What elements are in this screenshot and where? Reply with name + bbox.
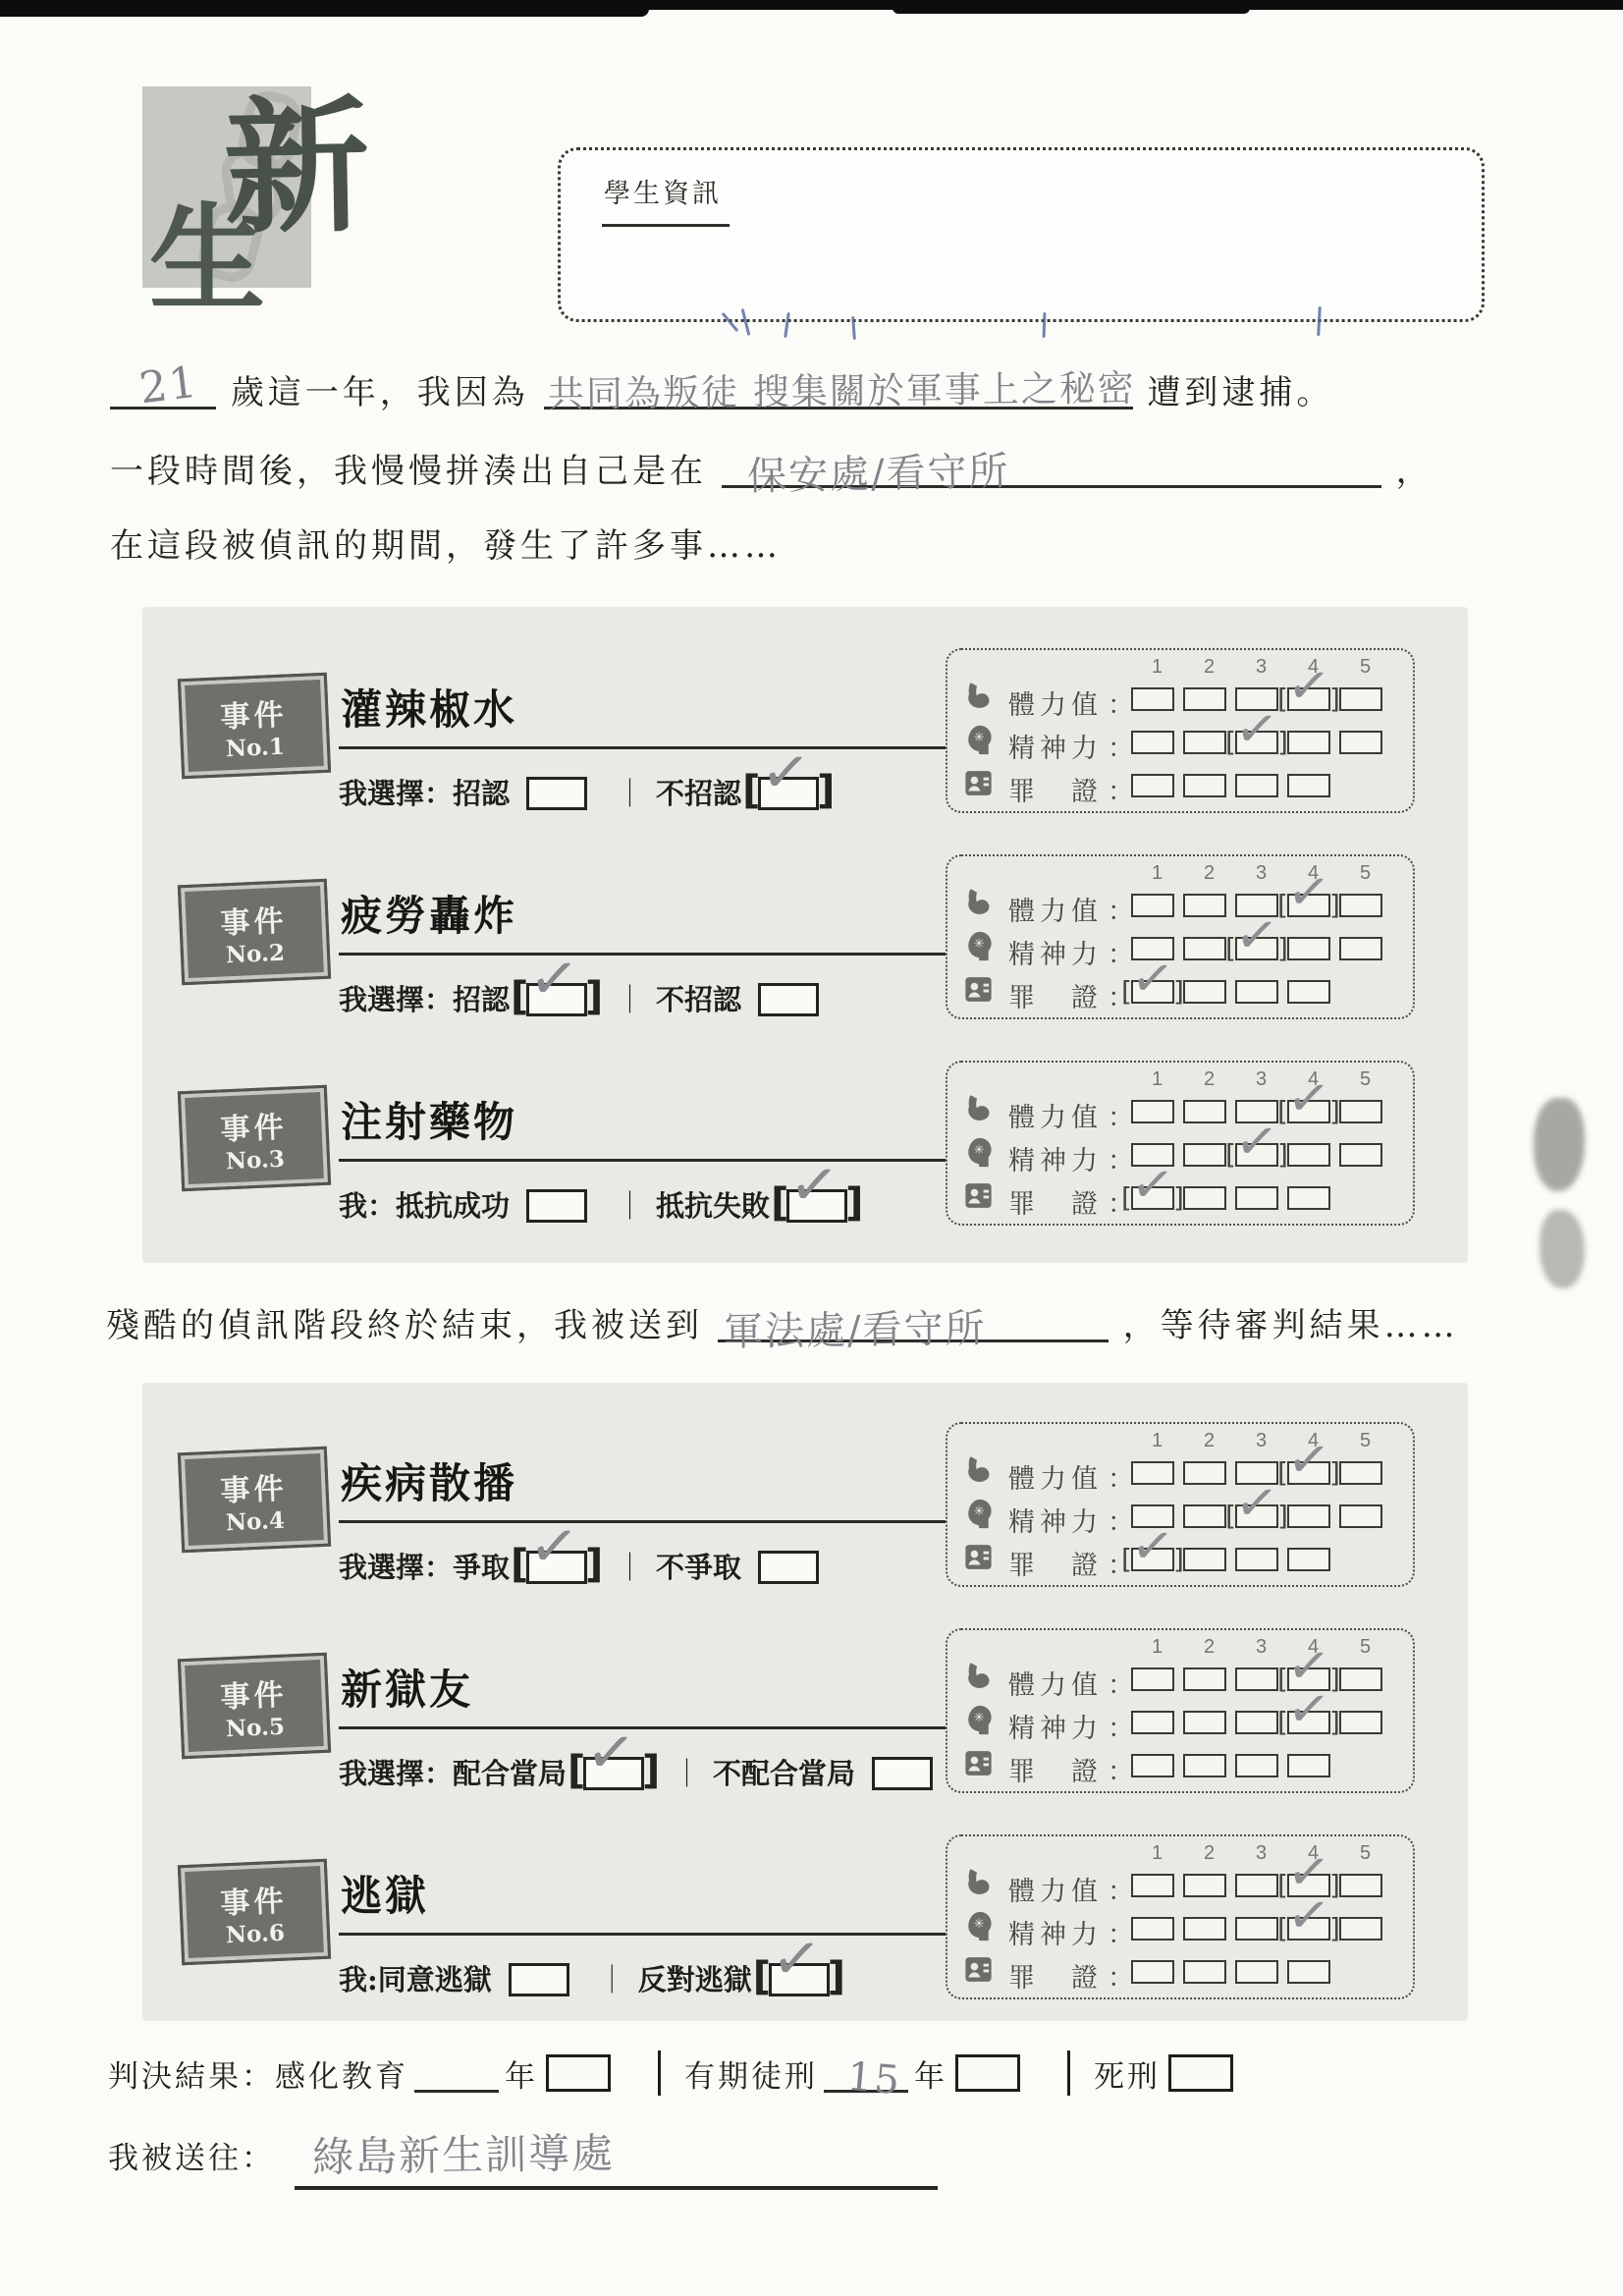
scale-number: 3 <box>1235 1842 1287 1865</box>
event-stamp-label: 事件 <box>219 896 288 942</box>
event-stats-panel: 12345 體力值：[]✓[]✓[]✓[]✓[]✓✳精神力：[]✓[]✓[]✓[… <box>946 854 1415 1019</box>
id-card-icon <box>961 1540 996 1574</box>
stat-checkbox-2[interactable]: []✓ <box>1183 1548 1235 1571</box>
prison-checkbox[interactable] <box>955 2054 1020 2092</box>
scale-number: 3 <box>1235 1430 1287 1452</box>
choice-checkbox-2[interactable]: [ ] ✓ <box>745 774 832 811</box>
stats-scale-row: 12345 <box>1131 1068 1391 1091</box>
stat-checkbox-1[interactable]: []✓ <box>1131 894 1183 917</box>
checkbox <box>1183 1100 1226 1123</box>
stat-checkbox-3[interactable]: []✓ <box>1235 1754 1287 1777</box>
stat-checkbox-1[interactable]: []✓ <box>1131 1461 1183 1485</box>
choice-option-1: 抵抗成功 <box>396 1184 510 1225</box>
stat-checkbox-4[interactable]: []✓ <box>1287 1548 1339 1571</box>
choice-checkbox-2[interactable]: [ ] ✓ <box>774 1186 860 1224</box>
stat-checkbox-2[interactable]: []✓ <box>1183 1100 1235 1123</box>
stat-checkbox-4[interactable]: []✓ <box>1287 894 1339 917</box>
sent-to-blank[interactable]: 綠島新生訓導處 <box>295 2129 938 2190</box>
page: 新 生 學生資訊 21 歲這一年，我因為 共同為叛徒 搜集關於軍事上之秘密 遭到… <box>0 0 1623 2296</box>
bracket-mark: ] <box>585 974 603 1019</box>
event-title-underline <box>339 1726 946 1729</box>
checkbox <box>1339 1711 1382 1734</box>
stat-checkbox-3[interactable]: []✓ <box>1235 774 1287 797</box>
mind-icon: ✳ <box>961 929 996 963</box>
checkbox <box>1339 1667 1382 1691</box>
mind-icon: ✳ <box>961 1703 996 1737</box>
checkbox <box>1235 1186 1278 1210</box>
muscle-icon <box>961 1453 996 1488</box>
check-mark: ✓ <box>1284 1678 1334 1742</box>
stat-row-evidence: 罪 證：[]✓[]✓[]✓[]✓ <box>961 1544 1398 1573</box>
choice-checkbox-1[interactable]: [ ] ✓ <box>514 1548 600 1585</box>
stat-checkbox-2[interactable]: []✓ <box>1183 1874 1235 1897</box>
event-block: 事件 No.5 新獄友 我選擇： 配合當局 [ ] ✓ ｜ 不配合當局 [ ] … <box>147 1628 1463 1825</box>
stat-row-hp: 體力值：[]✓[]✓[]✓[]✓[]✓ <box>961 890 1398 919</box>
stat-label: 罪 證 <box>1008 1182 1103 1221</box>
stat-checkbox-row: []✓[]✓[]✓[]✓ <box>1131 1548 1339 1571</box>
stat-checkbox-1[interactable]: []✓ <box>1131 774 1183 797</box>
choice-option-1: 同意逃獄 <box>378 1958 492 1998</box>
checkbox <box>1131 1667 1174 1691</box>
stat-checkbox-2[interactable]: []✓ <box>1183 1917 1235 1941</box>
stat-row-hp: 體力值：[]✓[]✓[]✓[]✓[]✓ <box>961 1096 1398 1125</box>
stat-checkbox-3[interactable]: []✓ <box>1235 980 1287 1004</box>
stat-checkbox-5[interactable]: []✓ <box>1339 1667 1391 1691</box>
checkbox <box>1339 1461 1382 1485</box>
check-mark: ✓ <box>1284 1885 1334 1948</box>
event-stamp-label: 事件 <box>219 1876 288 1922</box>
stat-label: 罪 證 <box>1008 976 1103 1014</box>
choice-checkbox-2[interactable]: [ ] ✓ <box>745 980 832 1017</box>
reason-blank[interactable]: 共同為叛徒 搜集關於軍事上之秘密 <box>544 367 1133 410</box>
stat-label: 體力值 <box>1008 890 1103 928</box>
choice-option-2: 不爭取 <box>656 1546 741 1586</box>
checkbox <box>1131 1917 1174 1941</box>
intro-text: ， <box>1396 452 1434 491</box>
muscle-icon <box>961 680 996 714</box>
event-stamp-number: No.2 <box>225 939 285 968</box>
checkbox <box>526 1189 587 1223</box>
stat-checkbox-2[interactable]: []✓ <box>1183 894 1235 917</box>
stat-checkbox-3[interactable]: []✓ <box>1235 1960 1287 1984</box>
scale-number: 3 <box>1235 1636 1287 1659</box>
event-title-underline <box>339 1933 946 1936</box>
stat-checkbox-row: []✓[]✓[]✓[]✓ <box>1131 774 1339 797</box>
stat-checkbox-3[interactable]: []✓ <box>1235 1548 1287 1571</box>
stat-checkbox-5[interactable]: []✓ <box>1339 1917 1391 1941</box>
age-blank[interactable]: 21 <box>110 367 216 410</box>
muscle-icon <box>961 1866 996 1900</box>
stat-checkbox-5[interactable]: []✓ <box>1339 1461 1391 1485</box>
choice-option-2: 不招認 <box>656 772 741 812</box>
stat-colon: ： <box>1108 1750 1134 1788</box>
choice-option-1: 配合當局 <box>453 1752 567 1792</box>
event-stamp: 事件 No.1 <box>178 673 331 780</box>
stat-checkbox-row: []✓[]✓[]✓[]✓[]✓ <box>1131 1711 1391 1734</box>
stat-checkbox-4[interactable]: []✓ <box>1287 1100 1339 1123</box>
stat-checkbox-4[interactable]: []✓ <box>1287 1186 1339 1210</box>
death-checkbox[interactable] <box>1168 2054 1233 2092</box>
checkbox <box>1287 1960 1330 1984</box>
id-card-icon <box>961 1178 996 1213</box>
checkbox <box>1183 1874 1226 1897</box>
event-stats-panel: 12345 體力值：[]✓[]✓[]✓[]✓[]✓✳精神力：[]✓[]✓[]✓[… <box>946 1422 1415 1587</box>
bracket-mark: ] <box>828 1954 845 1999</box>
event-stats-panel: 12345 體力值：[]✓[]✓[]✓[]✓[]✓✳精神力：[]✓[]✓[]✓[… <box>946 1628 1415 1793</box>
scale-number: 5 <box>1339 656 1391 679</box>
event-title: 逃獄 <box>341 1864 429 1923</box>
checkbox <box>1183 1667 1226 1691</box>
stat-checkbox-2[interactable]: []✓ <box>1183 1186 1235 1210</box>
stat-checkbox-row: []✓[]✓[]✓[]✓[]✓ <box>1131 1667 1391 1691</box>
stat-checkbox-5[interactable]: []✓ <box>1339 1100 1391 1123</box>
stat-row-mp: ✳精神力：[]✓[]✓[]✓[]✓[]✓ <box>961 933 1398 962</box>
event-stats-panel: 12345 體力值：[]✓[]✓[]✓[]✓[]✓✳精神力：[]✓[]✓[]✓[… <box>946 1061 1415 1226</box>
checkbox <box>1339 1917 1382 1941</box>
checkbox <box>1183 1186 1226 1210</box>
stat-label: 罪 證 <box>1008 1956 1103 1995</box>
stat-checkbox-row: []✓[]✓[]✓[]✓ <box>1131 1960 1339 1984</box>
scale-number: 1 <box>1131 862 1183 885</box>
checkbox <box>1235 1667 1278 1691</box>
stat-row-mp: ✳精神力：[]✓[]✓[]✓[]✓[]✓ <box>961 727 1398 756</box>
checkbox <box>1183 1917 1226 1941</box>
checkbox <box>1183 1960 1226 1984</box>
checkbox <box>1131 687 1174 711</box>
checkbox <box>1183 1143 1226 1167</box>
muscle-icon <box>961 886 996 920</box>
stat-row-evidence: 罪 證：[]✓[]✓[]✓[]✓ <box>961 1750 1398 1779</box>
stat-row-evidence: 罪 證：[]✓[]✓[]✓[]✓ <box>961 1956 1398 1986</box>
event-stats-panel: 12345 體力值：[]✓[]✓[]✓[]✓[]✓✳精神力：[]✓[]✓[]✓[… <box>946 648 1415 813</box>
event-title: 注射藥物 <box>341 1090 517 1149</box>
stat-colon: ： <box>1108 1870 1134 1908</box>
event-stamp: 事件 No.2 <box>178 879 331 986</box>
choice-checkbox-2[interactable]: [ ] ✓ <box>745 1548 832 1585</box>
choice-option-1: 招認 <box>453 772 510 812</box>
stat-checkbox-1[interactable]: []✓ <box>1131 1667 1183 1691</box>
event-stamp-number: No.6 <box>225 1919 285 1948</box>
verdict-option-prison: 有期徒刑 <box>684 2051 818 2096</box>
stat-label: 罪 證 <box>1008 770 1103 808</box>
stat-checkbox-row: []✓[]✓[]✓[]✓ <box>1131 980 1339 1004</box>
stat-colon: ： <box>1108 1501 1134 1539</box>
stat-label: 罪 證 <box>1008 1750 1103 1788</box>
stat-checkbox-1[interactable]: []✓ <box>1131 980 1183 1004</box>
choice-prefix: 我選擇： <box>339 1546 453 1586</box>
stat-colon: ： <box>1108 1913 1134 1951</box>
checkbox <box>1287 1504 1330 1528</box>
stat-row-evidence: 罪 證：[]✓[]✓[]✓[]✓ <box>961 1182 1398 1212</box>
stat-checkbox-4[interactable]: []✓ <box>1287 1754 1339 1777</box>
event-choice-line: 我： 抵抗成功 [ ] ✓ ｜ 抵抗失敗 [ ] ✓ <box>339 1184 864 1225</box>
check-mark: ✓ <box>1284 655 1334 719</box>
choice-separator: ｜ <box>598 1958 626 1998</box>
scale-number: 2 <box>1183 656 1235 679</box>
scale-number: 5 <box>1339 1430 1391 1452</box>
check-mark: ✓ <box>758 736 814 809</box>
years-unit: 年 <box>505 2051 538 2096</box>
event-stamp-label: 事件 <box>219 1463 288 1509</box>
choice-separator: ｜ <box>616 978 644 1018</box>
mind-icon: ✳ <box>961 1497 996 1531</box>
stat-checkbox-2[interactable]: []✓ <box>1183 1754 1235 1777</box>
event-title: 新獄友 <box>341 1658 473 1717</box>
event-title-underline <box>339 1520 946 1523</box>
stat-checkbox-4[interactable]: []✓ <box>1287 1960 1339 1984</box>
svg-text:✳: ✳ <box>974 731 985 745</box>
choice-checkbox-1[interactable]: [ ] ✓ <box>496 1960 582 1997</box>
event-block: 事件 No.4 疾病散播 我選擇： 爭取 [ ] ✓ ｜ 不爭取 [ ] ✓ 1… <box>147 1422 1463 1618</box>
muscle-icon <box>961 1660 996 1694</box>
stats-scale-row: 12345 <box>1131 862 1391 885</box>
event-title: 疲勞轟炸 <box>341 884 517 943</box>
stat-label: 精神力 <box>1008 933 1103 971</box>
checkbox <box>1287 1143 1330 1167</box>
stat-colon: ： <box>1108 933 1134 971</box>
stat-row-evidence: 罪 證：[]✓[]✓[]✓[]✓ <box>961 770 1398 799</box>
checkbox <box>1339 1143 1382 1167</box>
check-mark: ✓ <box>1284 861 1334 925</box>
reform-checkbox[interactable] <box>546 2054 611 2092</box>
check-mark: ✓ <box>1232 1472 1282 1536</box>
reform-years-blank[interactable] <box>414 2054 499 2093</box>
scan-artifact-bar <box>0 0 649 17</box>
choice-checkbox-1[interactable]: [ ] ✓ <box>514 980 600 1017</box>
stat-checkbox-5[interactable]: []✓ <box>1339 687 1391 711</box>
stat-checkbox-1[interactable]: []✓ <box>1131 1917 1183 1941</box>
scale-number: 5 <box>1339 862 1391 885</box>
bracket-mark: ] <box>817 768 835 813</box>
event-stamp-label: 事件 <box>219 689 288 736</box>
id-card-icon <box>961 972 996 1007</box>
event-block: 事件 No.6 逃獄 我: 同意逃獄 [ ] ✓ ｜ 反對逃獄 [ ] ✓ 12… <box>147 1834 1463 2031</box>
check-mark: ✓ <box>1128 1515 1178 1579</box>
stat-checkbox-5[interactable]: []✓ <box>1339 731 1391 754</box>
stat-label: 體力值 <box>1008 1457 1103 1496</box>
scale-number: 2 <box>1183 1430 1235 1452</box>
stat-checkbox-3[interactable]: []✓ <box>1235 1143 1287 1167</box>
choice-checkbox-1[interactable]: [ ] ✓ <box>514 774 600 811</box>
intro-text: 一段時間後，我慢慢拼湊出自己是在 <box>110 452 707 491</box>
stat-checkbox-5[interactable]: []✓ <box>1339 894 1391 917</box>
stat-checkbox-2[interactable]: []✓ <box>1183 1960 1235 1984</box>
stat-checkbox-1[interactable]: []✓ <box>1131 687 1183 711</box>
stat-colon: ： <box>1108 770 1134 808</box>
scale-number: 1 <box>1131 1068 1183 1091</box>
event-stamp: 事件 No.3 <box>178 1085 331 1192</box>
event-stamp: 事件 No.5 <box>178 1653 331 1760</box>
stat-label: 體力值 <box>1008 1870 1103 1908</box>
check-mark: ✓ <box>1232 1111 1282 1175</box>
checkbox <box>1131 894 1174 917</box>
prison-years-handwriting: 15 <box>845 2053 903 2104</box>
checkbox <box>1131 1100 1174 1123</box>
stat-checkbox-3[interactable]: []✓ <box>1235 1186 1287 1210</box>
stat-checkbox-1[interactable]: []✓ <box>1131 1874 1183 1897</box>
event-block: 事件 No.3 注射藥物 我： 抵抗成功 [ ] ✓ ｜ 抵抗失敗 [ ] ✓ … <box>147 1061 1463 1257</box>
stat-checkbox-5[interactable]: []✓ <box>1339 1143 1391 1167</box>
checkbox <box>1339 1874 1382 1897</box>
choice-checkbox-1[interactable]: [ ] ✓ <box>514 1186 600 1224</box>
stat-checkbox-row: []✓[]✓[]✓[]✓[]✓ <box>1131 731 1391 754</box>
scan-artifact-bar <box>893 0 1250 14</box>
stat-checkbox-5[interactable]: []✓ <box>1339 1874 1391 1897</box>
check-mark: ✓ <box>1128 948 1178 1011</box>
stat-checkbox-4[interactable]: []✓ <box>1287 1461 1339 1485</box>
stat-checkbox-5[interactable]: []✓ <box>1339 1711 1391 1734</box>
stat-checkbox-1[interactable]: []✓ <box>1131 1754 1183 1777</box>
checkbox <box>1339 894 1382 917</box>
choice-separator: ｜ <box>616 1546 644 1586</box>
stat-checkbox-2[interactable]: []✓ <box>1183 774 1235 797</box>
svg-text:✳: ✳ <box>974 937 985 952</box>
stat-checkbox-1[interactable]: []✓ <box>1131 731 1183 754</box>
transition-place-blank[interactable]: 軍法處/看守所 <box>718 1300 1109 1342</box>
stat-label: 精神力 <box>1008 1707 1103 1745</box>
event-stamp-label: 事件 <box>219 1102 288 1148</box>
years-unit: 年 <box>914 2051 947 2096</box>
stat-colon: ： <box>1108 683 1134 722</box>
check-mark: ✓ <box>526 1509 582 1583</box>
stat-checkbox-row: []✓[]✓[]✓[]✓ <box>1131 1754 1339 1777</box>
verdict-label: 判決結果： <box>108 2051 275 2096</box>
choice-prefix: 我: <box>339 1958 378 1998</box>
checkbox <box>1235 1711 1278 1734</box>
event-title-underline <box>339 746 946 749</box>
stat-colon: ： <box>1108 1096 1134 1134</box>
stat-checkbox-1[interactable]: []✓ <box>1131 1548 1183 1571</box>
svg-text:✳: ✳ <box>974 1504 985 1519</box>
checkbox <box>1339 687 1382 711</box>
stat-checkbox-5[interactable]: []✓ <box>1339 1504 1391 1528</box>
checkbox <box>1287 1186 1330 1210</box>
stat-checkbox-1[interactable]: []✓ <box>1131 1100 1183 1123</box>
scale-number: 1 <box>1131 1842 1183 1865</box>
stat-checkbox-2[interactable]: []✓ <box>1183 687 1235 711</box>
stat-checkbox-4[interactable]: []✓ <box>1287 937 1339 960</box>
checkbox <box>1131 731 1174 754</box>
scale-number: 2 <box>1183 1842 1235 1865</box>
scan-smudge <box>1534 1098 1585 1191</box>
stat-checkbox-4[interactable]: []✓ <box>1287 687 1339 711</box>
intro-line-2: 一段時間後，我慢慢拼湊出自己是在 保安處/看守所 ， <box>110 444 1434 492</box>
svg-text:✳: ✳ <box>974 1917 985 1932</box>
stat-checkbox-2[interactable]: []✓ <box>1183 1461 1235 1485</box>
place-handwriting: 保安處/看守所 <box>746 440 1010 502</box>
choice-checkbox-2[interactable]: [ ] ✓ <box>859 1754 946 1791</box>
choice-option-2: 抵抗失敗 <box>656 1184 770 1225</box>
event-stamp: 事件 No.4 <box>178 1447 331 1554</box>
checkbox <box>1183 1711 1226 1734</box>
checkbox <box>872 1757 933 1790</box>
bracket-mark: ] <box>845 1180 863 1226</box>
id-card-icon <box>961 766 996 800</box>
stat-checkbox-2[interactable]: []✓ <box>1183 980 1235 1004</box>
choice-separator: ｜ <box>616 772 644 812</box>
stat-colon: ： <box>1108 1457 1134 1496</box>
checkbox <box>1183 687 1226 711</box>
checkbox <box>1183 1548 1226 1571</box>
choice-checkbox-2[interactable]: [ ] ✓ <box>756 1960 842 1997</box>
event-title-underline <box>339 953 946 956</box>
stat-checkbox-1[interactable]: []✓ <box>1131 1960 1183 1984</box>
stat-label: 體力值 <box>1008 1096 1103 1134</box>
choice-checkbox-1[interactable]: [ ] ✓ <box>570 1754 657 1791</box>
checkbox <box>1183 894 1226 917</box>
stat-checkbox-4[interactable]: []✓ <box>1287 1917 1339 1941</box>
bracket-mark: ] <box>585 1542 603 1587</box>
event-title: 疾病散播 <box>341 1451 517 1510</box>
reason-handwriting: 共同為叛徒 搜集關於軍事上之秘密 <box>547 358 1135 417</box>
checkbox <box>1235 1960 1278 1984</box>
stat-checkbox-3[interactable]: []✓ <box>1235 937 1287 960</box>
choice-prefix: 我： <box>339 1184 396 1225</box>
stat-checkbox-1[interactable]: []✓ <box>1131 1186 1183 1210</box>
stat-checkbox-row: []✓[]✓[]✓[]✓[]✓ <box>1131 1917 1391 1941</box>
event-choice-line: 我: 同意逃獄 [ ] ✓ ｜ 反對逃獄 [ ] ✓ <box>339 1958 846 1998</box>
choice-option-2: 不招認 <box>656 978 741 1018</box>
stat-label: 精神力 <box>1008 727 1103 765</box>
stat-checkbox-5[interactable]: []✓ <box>1339 937 1391 960</box>
checkbox <box>1183 980 1226 1004</box>
mind-icon: ✳ <box>961 723 996 757</box>
sent-to-handwriting: 綠島新生訓導處 <box>312 2121 616 2184</box>
checkbox <box>1131 1874 1174 1897</box>
stat-checkbox-row: []✓[]✓[]✓[]✓[]✓ <box>1131 1874 1391 1897</box>
stat-checkbox-4[interactable]: []✓ <box>1287 1143 1339 1167</box>
sent-to-label: 我被送往： <box>108 2133 275 2177</box>
check-mark: ✓ <box>768 1922 824 1995</box>
stat-checkbox-4[interactable]: []✓ <box>1287 980 1339 1004</box>
place-blank[interactable]: 保安處/看守所 <box>722 446 1381 488</box>
checkbox <box>1183 731 1226 754</box>
stat-row-hp: 體力值：[]✓[]✓[]✓[]✓[]✓ <box>961 1457 1398 1487</box>
svg-text:✳: ✳ <box>974 1143 985 1158</box>
stat-checkbox-2[interactable]: []✓ <box>1183 1711 1235 1734</box>
check-mark: ✓ <box>1232 904 1282 968</box>
stat-checkbox-4[interactable]: []✓ <box>1287 1504 1339 1528</box>
scale-number: 5 <box>1339 1068 1391 1091</box>
scale-number: 2 <box>1183 862 1235 885</box>
stat-checkbox-3[interactable]: []✓ <box>1235 731 1287 754</box>
check-mark: ✓ <box>1284 1429 1334 1493</box>
stat-checkbox-2[interactable]: []✓ <box>1183 1667 1235 1691</box>
stat-checkbox-4[interactable]: []✓ <box>1287 1711 1339 1734</box>
event-stamp-number: No.3 <box>225 1145 285 1175</box>
stats-scale-row: 12345 <box>1131 1636 1391 1659</box>
stat-checkbox-1[interactable]: []✓ <box>1131 1711 1183 1734</box>
check-mark: ✓ <box>1128 1154 1178 1218</box>
checkbox <box>1235 1754 1278 1777</box>
id-card-icon <box>961 1952 996 1987</box>
stat-checkbox-4[interactable]: []✓ <box>1287 774 1339 797</box>
checkbox <box>1287 1754 1330 1777</box>
stat-checkbox-4[interactable]: []✓ <box>1287 731 1339 754</box>
id-card-icon <box>961 1746 996 1780</box>
stat-row-mp: ✳精神力：[]✓[]✓[]✓[]✓[]✓ <box>961 1913 1398 1942</box>
checkbox <box>509 1963 569 1996</box>
checkbox <box>1235 1548 1278 1571</box>
stat-colon: ： <box>1108 1664 1134 1702</box>
stat-checkbox-3[interactable]: []✓ <box>1235 1504 1287 1528</box>
checkbox <box>1287 1548 1330 1571</box>
checkbox <box>1131 1711 1174 1734</box>
checkbox <box>1339 731 1382 754</box>
stat-row-mp: ✳精神力：[]✓[]✓[]✓[]✓[]✓ <box>961 1707 1398 1736</box>
check-mark: ✓ <box>1232 698 1282 762</box>
prison-years-blank[interactable]: 15 <box>824 2054 908 2093</box>
